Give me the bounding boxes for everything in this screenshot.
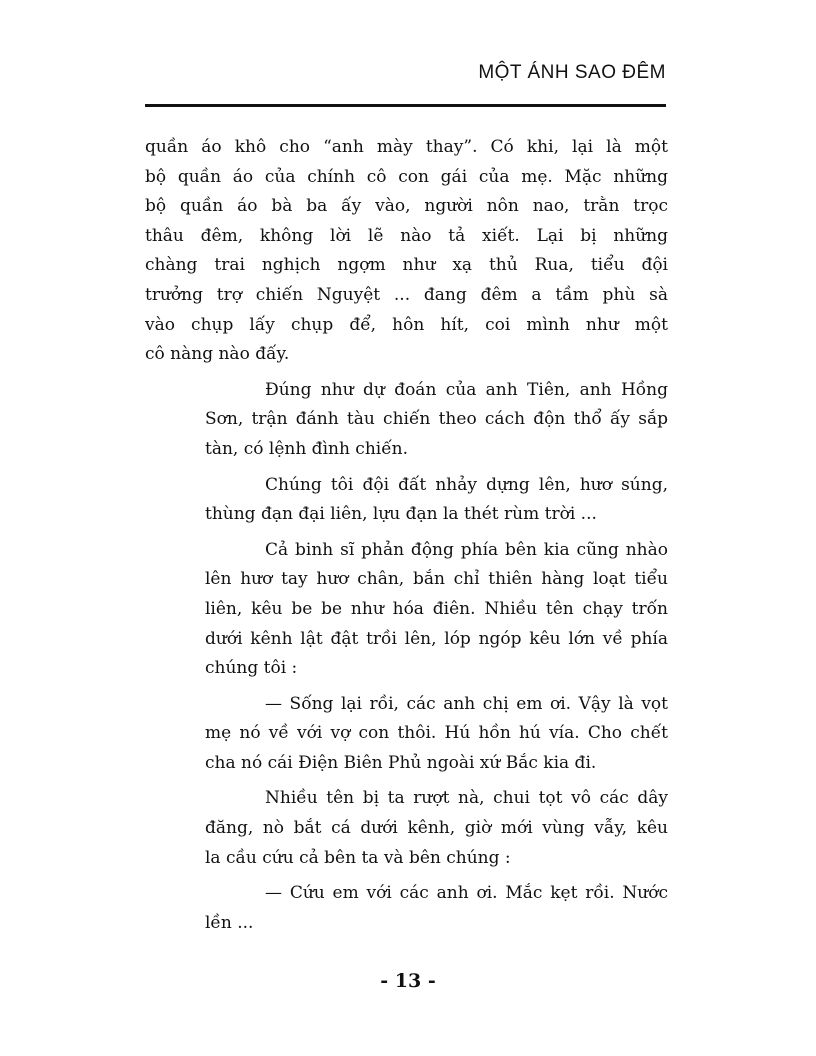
text-line: chúng tôi :: [145, 654, 668, 684]
text-line: Nhiều tên bị ta rượt nà, chui tọt vô các…: [145, 784, 668, 814]
text-line: dưới kênh lật đật trồi lên, lóp ngóp kêu…: [145, 625, 668, 655]
text-line: — Cứu em với các anh ơi. Mắc kẹt rồi. Nư…: [145, 879, 668, 909]
dialogue-paragraph: — Sống lại rồi, các anh chị em ơi. Vậy l…: [145, 690, 668, 779]
text-line: thùng đạn đại liên, lựu đạn la thét rùm …: [145, 500, 668, 530]
text-line: thâu đêm, không lời lẽ nào tả xiết. Lại …: [145, 222, 668, 252]
text-line: lên hươ tay hươ chân, bắn chỉ thiên hàng…: [145, 565, 668, 595]
text-line: Đúng như dự đoán của anh Tiên, anh Hồng: [145, 376, 668, 406]
paragraph: Nhiều tên bị ta rượt nà, chui tọt vô các…: [145, 784, 668, 873]
text-line: Chúng tôi đội đất nhảy dựng lên, hươ sún…: [145, 471, 668, 501]
text-line: trưởng trợ chiến Nguyệt ... đang đêm a t…: [145, 281, 668, 311]
text-line: quần áo khô cho “anh mày thay”. Có khi, …: [145, 133, 668, 163]
text-line: cô nàng nào đấy.: [145, 340, 668, 370]
running-title: MỘT ÁNH SAO ĐÊM: [478, 62, 666, 84]
body-text: quần áo khô cho “anh mày thay”. Có khi, …: [145, 133, 668, 944]
paragraph: Đúng như dự đoán của anh Tiên, anh Hồng …: [145, 376, 668, 465]
page-number: - 13 -: [0, 970, 816, 992]
book-page: MỘT ÁNH SAO ĐÊM quần áo khô cho “anh mày…: [0, 0, 816, 1056]
text-line: la cầu cứu cả bên ta và bên chúng :: [145, 844, 668, 874]
text-line: vào chụp lấy chụp để, hôn hít, coi mình …: [145, 311, 668, 341]
paragraph: Chúng tôi đội đất nhảy dựng lên, hươ sún…: [145, 471, 668, 530]
text-line: Cả binh sĩ phản động phía bên kia cũng n…: [145, 536, 668, 566]
text-line: mẹ nó về với vợ con thôi. Hú hồn hú vía.…: [145, 719, 668, 749]
text-line: chàng trai nghịch ngợm như xạ thủ Rua, t…: [145, 251, 668, 281]
text-line: liên, kêu be be như hóa điên. Nhiều tên …: [145, 595, 668, 625]
paragraph: quần áo khô cho “anh mày thay”. Có khi, …: [145, 133, 668, 370]
text-line: Sơn, trận đánh tàu chiến theo cách độn t…: [145, 405, 668, 435]
text-line: đăng, nò bắt cá dưới kênh, giờ mới vùng …: [145, 814, 668, 844]
text-line: bộ quần áo bà ba ấy vào, người nôn nao, …: [145, 192, 668, 222]
text-line: tàn, có lệnh đình chiến.: [145, 435, 668, 465]
text-line: — Sống lại rồi, các anh chị em ơi. Vậy l…: [145, 690, 668, 720]
paragraph: Cả binh sĩ phản động phía bên kia cũng n…: [145, 536, 668, 684]
header-rule: [145, 104, 666, 107]
text-line: bộ quần áo của chính cô con gái của mẹ. …: [145, 163, 668, 193]
dialogue-paragraph: — Cứu em với các anh ơi. Mắc kẹt rồi. Nư…: [145, 879, 668, 938]
text-line: cha nó cái Điện Biên Phủ ngoài xứ Bắc ki…: [145, 749, 668, 779]
text-line: lền ...: [145, 909, 668, 939]
